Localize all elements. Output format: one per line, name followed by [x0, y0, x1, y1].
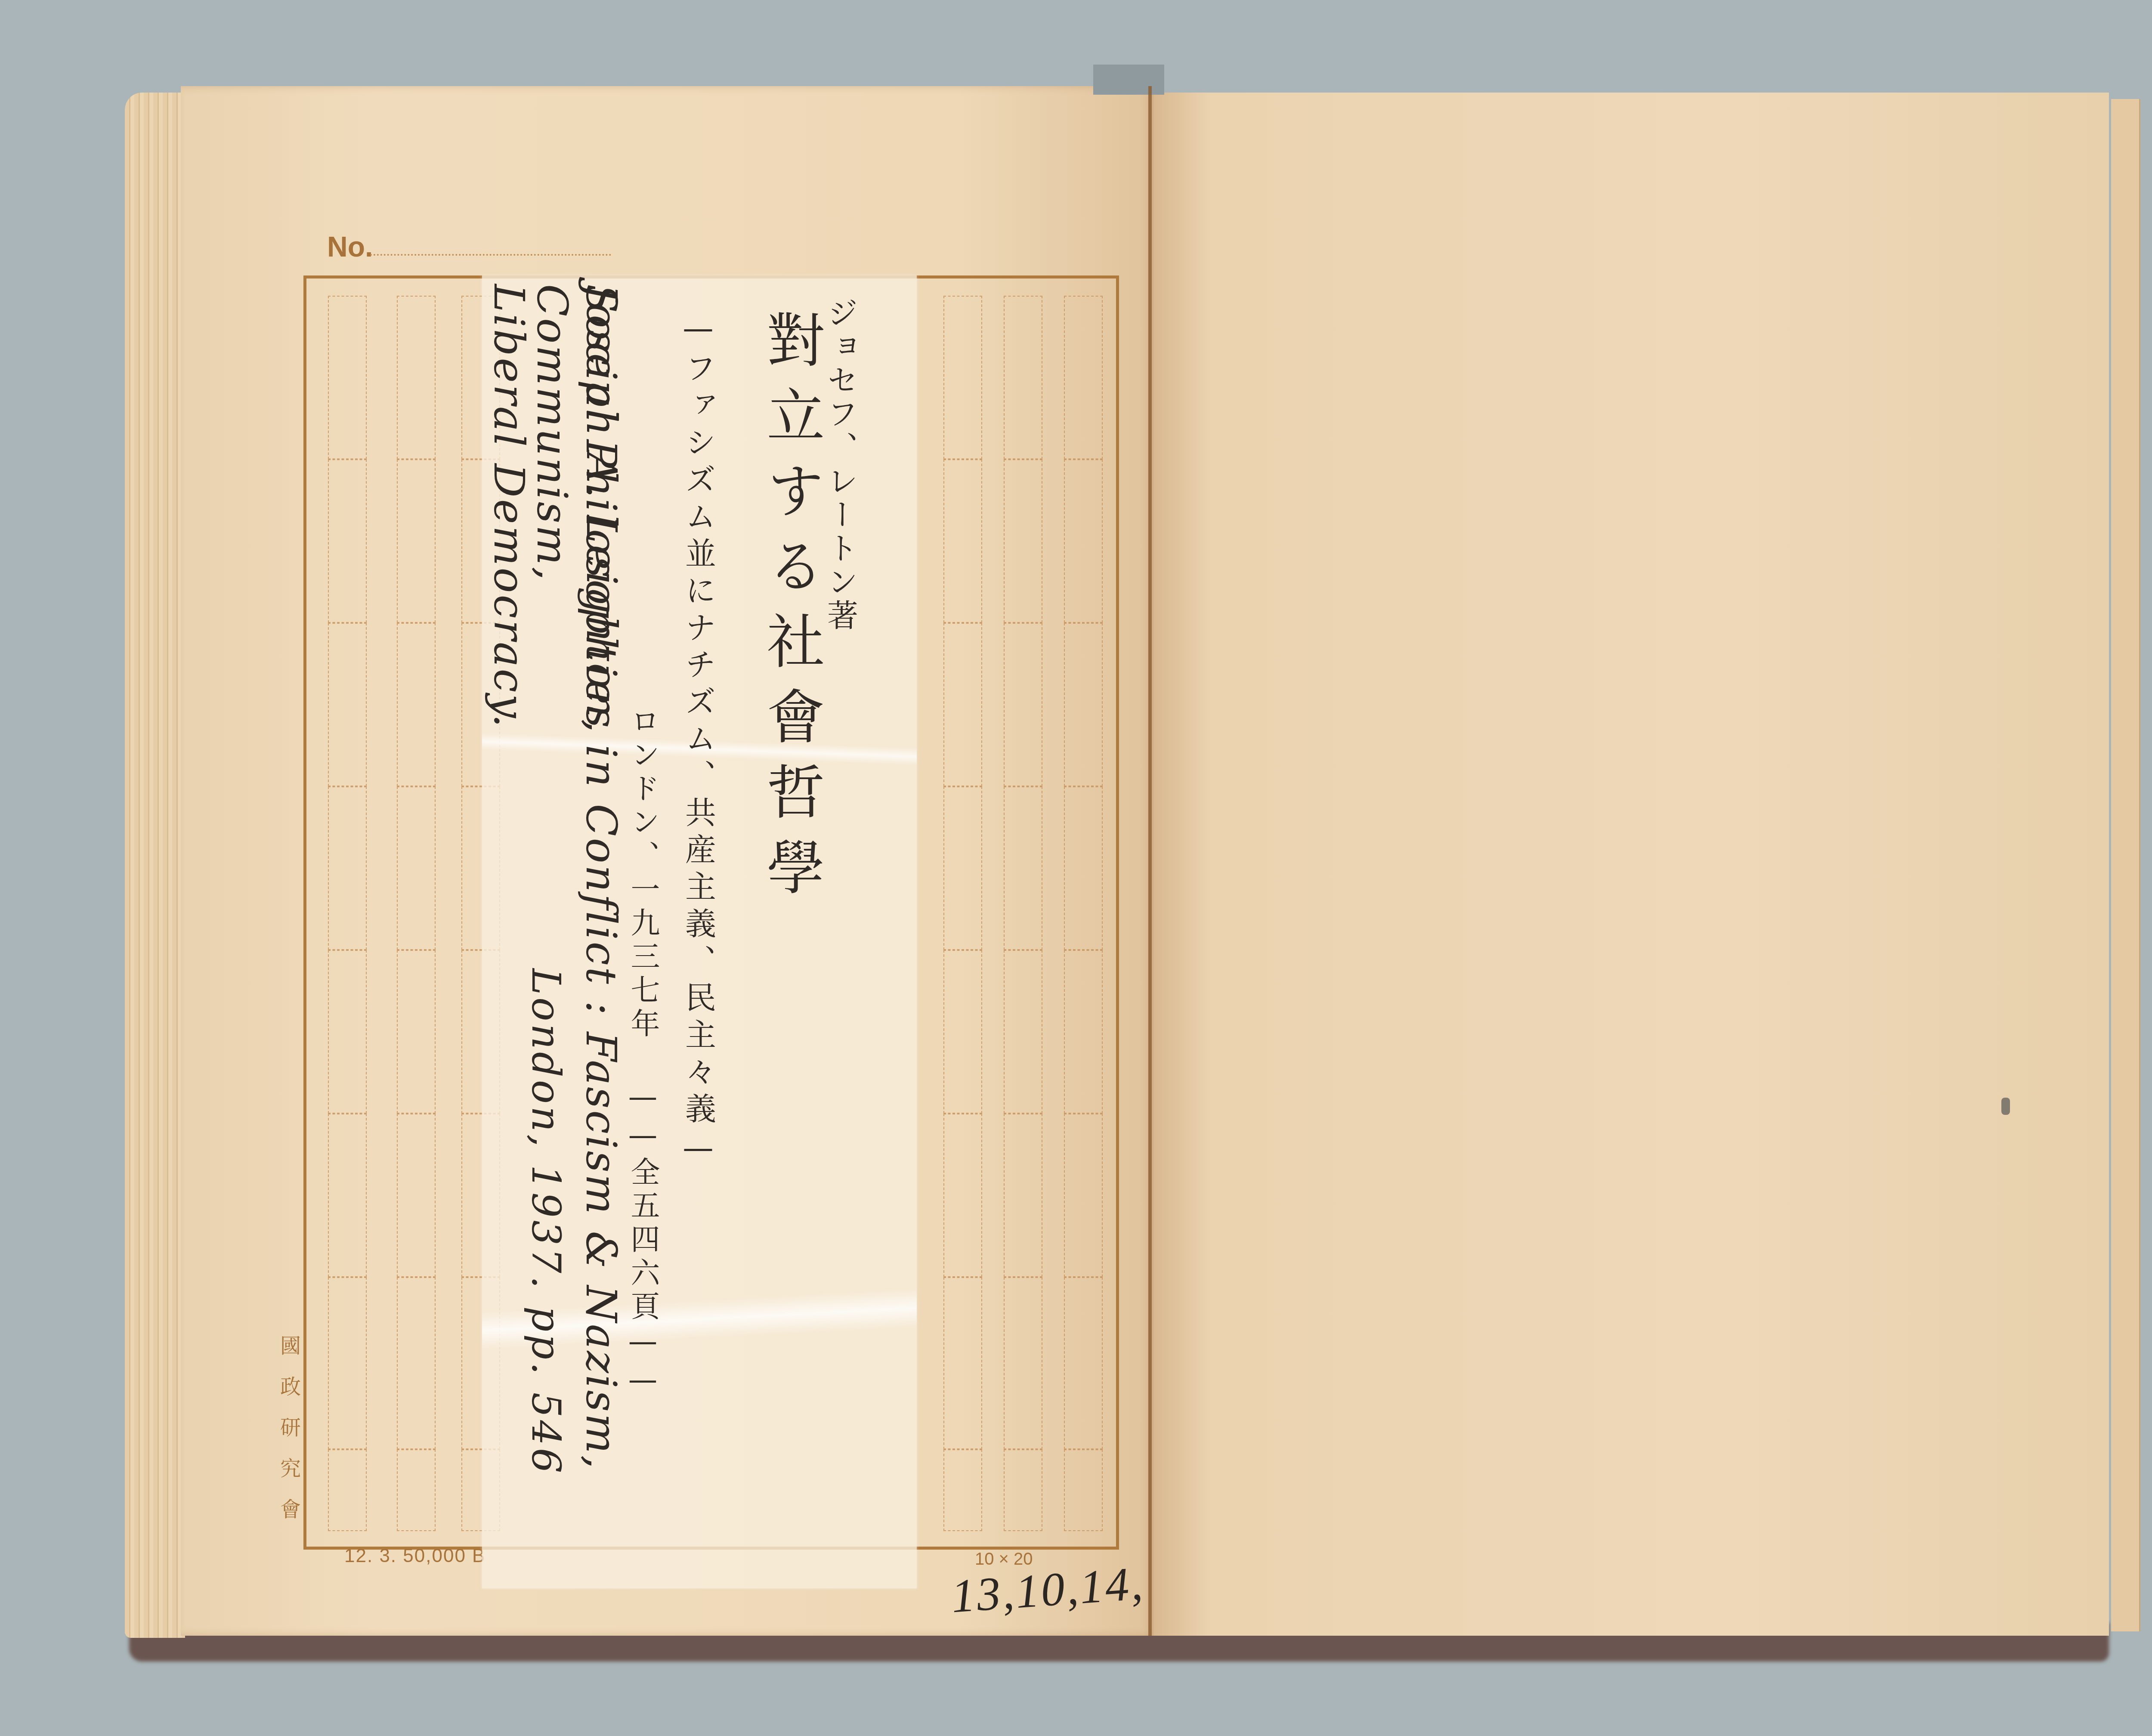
publisher-imprint: 國 政 研 究 會	[275, 1326, 306, 1530]
page-stack-edge	[125, 93, 185, 1638]
grid-column	[397, 296, 436, 1529]
en-publication: London, 1937. pp. 546	[523, 969, 569, 1476]
number-field-line	[370, 254, 611, 256]
right-page-edge	[2111, 99, 2140, 1631]
spine-gap	[1093, 65, 1164, 95]
en-title-cont: Liberal Democracy.	[484, 284, 533, 729]
book-gutter	[1148, 86, 1152, 1636]
grid-column	[1004, 296, 1042, 1529]
jp-title: 對立する社會哲學	[749, 310, 832, 913]
jp-publication: ロンドン、一九三七年 ——全五四六頁——	[622, 706, 664, 1401]
right-page	[1153, 93, 2109, 1636]
grid-column	[943, 296, 982, 1529]
page-mark	[2001, 1098, 2010, 1115]
grid-column	[328, 296, 367, 1529]
grid-column	[1064, 296, 1103, 1529]
print-code: 12. 3. 50,000 B	[344, 1545, 485, 1567]
jp-subtitle: —ファシズム並にナチズム、共産主義、民主々義—	[676, 310, 720, 1172]
number-label: No.	[327, 230, 373, 263]
